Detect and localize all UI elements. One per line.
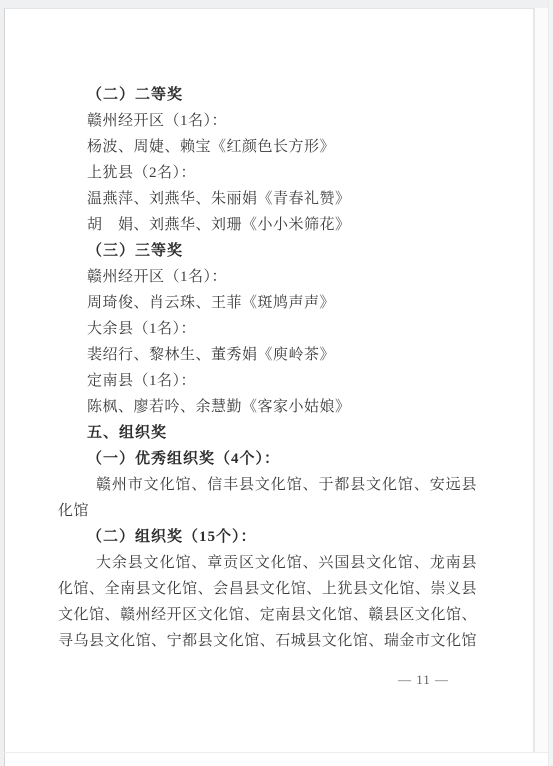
text-line: 杨波、周婕、赖宝《红颜色长方形》	[0, 134, 553, 160]
text-line: 温燕萍、刘燕华、朱丽娟《青春礼赞》	[0, 186, 553, 212]
heading-line: （二）二等奖	[0, 82, 553, 108]
text-line: 陈枫、廖若吟、余慧勤《客家小姑娘》	[0, 394, 553, 420]
text-line: 化馆	[0, 498, 553, 524]
text-line: 大余县（1名）：	[0, 316, 553, 342]
text-line: 上犹县（2名）：	[0, 160, 553, 186]
text-line: 周琦俊、肖云珠、王菲《斑鸠声声》	[0, 290, 553, 316]
document-content: （二）二等奖赣州经开区（1名）：杨波、周婕、赖宝《红颜色长方形》上犹县（2名）：…	[0, 82, 553, 654]
text-line: 赣州经开区（1名）：	[0, 108, 553, 134]
text-line: 文化馆、赣州经开区文化馆、定南县文化馆、赣县区文化馆、	[0, 602, 553, 628]
scan-bottom-edge-line	[4, 752, 548, 753]
heading-line: （一）优秀组织奖（4个）：	[0, 446, 553, 472]
page-number: — 11 —	[0, 672, 449, 688]
text-line: 胡 娟、刘燕华、刘珊《小小米筛花》	[0, 212, 553, 238]
heading-line: （三）三等奖	[0, 238, 553, 264]
text-line: 大余县文化馆、章贡区文化馆、兴国县文化馆、龙南县文	[0, 550, 553, 576]
heading-line: （二）组织奖（15个）：	[0, 524, 553, 550]
heading-line: 五、组织奖	[0, 420, 553, 446]
text-line: 裴绍行、黎林生、董秀娟《庾岭茶》	[0, 342, 553, 368]
text-line: 赣州市文化馆、信丰县文化馆、于都县文化馆、安远县文	[0, 472, 553, 498]
text-line: 赣州经开区（1名）：	[0, 264, 553, 290]
text-line: 寻乌县文化馆、宁都县文化馆、石城县文化馆、瑞金市文化馆	[0, 628, 553, 654]
text-line: 定南县（1名）：	[0, 368, 553, 394]
text-line: 化馆、全南县文化馆、会昌县文化馆、上犹县文化馆、崇义县	[0, 576, 553, 602]
